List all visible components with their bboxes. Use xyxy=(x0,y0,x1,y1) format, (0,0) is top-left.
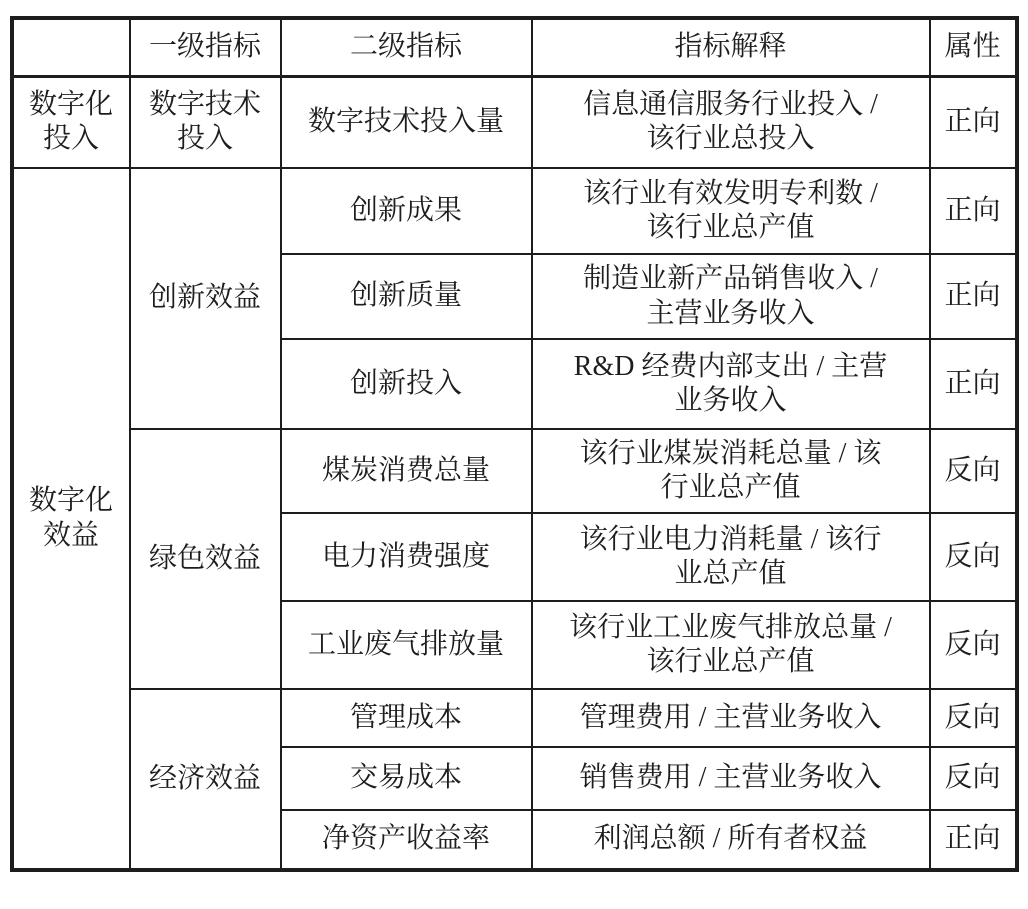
attribute-cell: 反向 xyxy=(930,601,1017,689)
header-row: 一级指标 二级指标 指标解释 属性 xyxy=(12,18,1017,76)
explanation-cell: 该行业有效发明专利数 / 该行业总产值 xyxy=(532,168,930,254)
level2-cell: 创新质量 xyxy=(281,254,532,339)
explanation-cell: 该行业煤炭消耗总量 / 该 行业总产值 xyxy=(532,429,930,513)
header-attribute: 属性 xyxy=(930,18,1017,76)
explanation-cell: R&D 经费内部支出 / 主营 业务收入 xyxy=(532,339,930,429)
level1-cell-digital-tech-input: 数字技术 投入 xyxy=(130,76,281,168)
level2-cell: 工业废气排放量 xyxy=(281,601,532,689)
explanation-cell: 管理费用 / 主营业务收入 xyxy=(532,689,930,747)
explanation-cell: 制造业新产品销售收入 / 主营业务收入 xyxy=(532,254,930,339)
level2-cell: 交易成本 xyxy=(281,747,532,810)
level2-cell: 管理成本 xyxy=(281,689,532,747)
table-row: 绿色效益 煤炭消费总量 该行业煤炭消耗总量 / 该 行业总产值 反向 xyxy=(12,429,1017,513)
attribute-cell: 反向 xyxy=(930,747,1017,810)
header-level1: 一级指标 xyxy=(130,18,281,76)
explanation-cell: 销售费用 / 主营业务收入 xyxy=(532,747,930,810)
attribute-cell: 反向 xyxy=(930,513,1017,601)
attribute-cell: 正向 xyxy=(930,810,1017,870)
explanation-cell: 该行业电力消耗量 / 该行 业总产值 xyxy=(532,513,930,601)
level2-cell: 创新投入 xyxy=(281,339,532,429)
level1-cell-economic-benefit: 经济效益 xyxy=(130,689,281,870)
level1-cell-innovation-benefit: 创新效益 xyxy=(130,168,281,429)
level2-cell: 数字技术投入量 xyxy=(281,76,532,168)
attribute-cell: 反向 xyxy=(930,429,1017,513)
explanation-cell: 该行业工业废气排放总量 / 该行业总产值 xyxy=(532,601,930,689)
category-cell-digital-input: 数字化 投入 xyxy=(12,76,130,168)
header-corner xyxy=(12,18,130,76)
table-row: 经济效益 管理成本 管理费用 / 主营业务收入 反向 xyxy=(12,689,1017,747)
explanation-cell: 利润总额 / 所有者权益 xyxy=(532,810,930,870)
level2-cell: 净资产收益率 xyxy=(281,810,532,870)
attribute-cell: 正向 xyxy=(930,76,1017,168)
category-cell-digital-benefit: 数字化 效益 xyxy=(12,168,130,870)
header-level2: 二级指标 xyxy=(281,18,532,76)
table-row: 数字化 效益 创新效益 创新成果 该行业有效发明专利数 / 该行业总产值 正向 xyxy=(12,168,1017,254)
explanation-cell: 信息通信服务行业投入 / 该行业总投入 xyxy=(532,76,930,168)
attribute-cell: 正向 xyxy=(930,168,1017,254)
header-explanation: 指标解释 xyxy=(532,18,930,76)
level2-cell: 创新成果 xyxy=(281,168,532,254)
level2-cell: 煤炭消费总量 xyxy=(281,429,532,513)
attribute-cell: 正向 xyxy=(930,339,1017,429)
attribute-cell: 正向 xyxy=(930,254,1017,339)
attribute-cell: 反向 xyxy=(930,689,1017,747)
table-row: 数字化 投入 数字技术 投入 数字技术投入量 信息通信服务行业投入 / 该行业总… xyxy=(12,76,1017,168)
indicator-system-table: 一级指标 二级指标 指标解释 属性 数字化 投入 数字技术 投入 数字技术投入量… xyxy=(10,16,1019,872)
level2-cell: 电力消费强度 xyxy=(281,513,532,601)
level1-cell-green-benefit: 绿色效益 xyxy=(130,429,281,689)
